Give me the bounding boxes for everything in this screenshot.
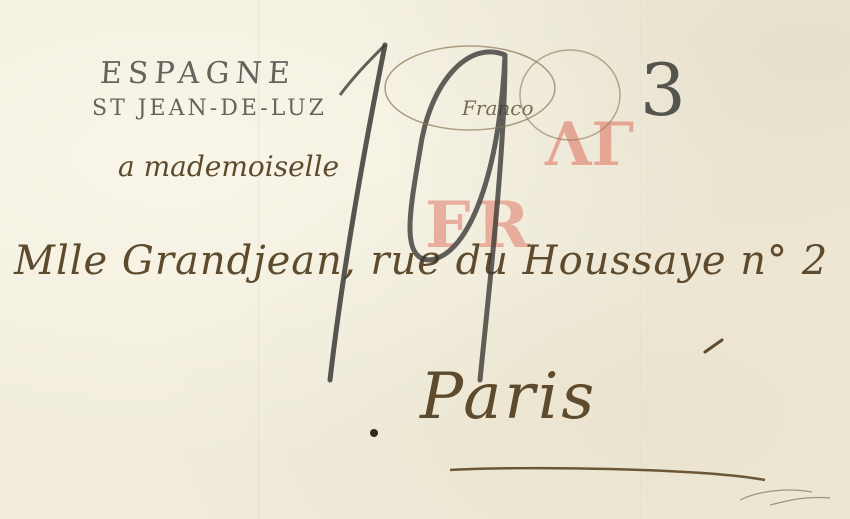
letter-cover: ESPAGNE ST JEAN-DE-LUZ 3 FR ΛΓ Franco a … xyxy=(0,0,850,519)
manuscript-strokes xyxy=(0,0,850,519)
